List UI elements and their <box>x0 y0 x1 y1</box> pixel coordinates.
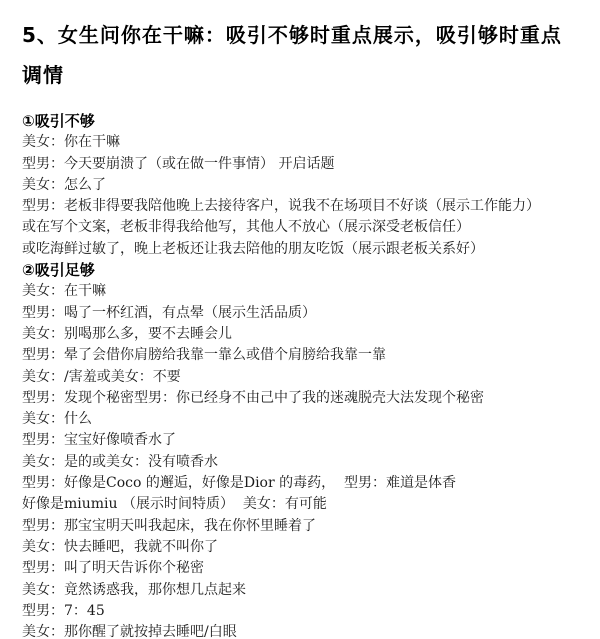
dialog-line: 型男：晕了会借你肩膀给我靠一靠么或借个肩膀给我靠一靠 <box>22 345 582 366</box>
dialog-line: 型男：喝了一杯红酒，有点晕（展示生活品质） <box>22 303 582 324</box>
dialog-line: 型男：老板非得要我陪他晚上去接待客户，说我不在场项目不好谈（展示工作能力） <box>22 196 582 217</box>
dialog-line: 美女：在干嘛 <box>22 281 582 302</box>
dialog-line: 型男：那宝宝明天叫我起床，我在你怀里睡着了 <box>22 516 582 537</box>
section-heading-1: ①吸引不够 <box>22 111 582 132</box>
dialog-line: 美女：竟然诱惑我，那你想几点起来 <box>22 580 582 601</box>
page-title: 5、女生问你在干嘛：吸引不够时重点展示，吸引够时重点调情 <box>22 15 582 95</box>
dialog-line: 或吃海鲜过敏了，晚上老板还让我去陪他的朋友吃饭（展示跟老板关系好） <box>22 239 582 260</box>
dialog-line: 型男：发现个秘密型男：你已经身不由己中了我的迷魂脱壳大法发现个秘密 <box>22 388 582 409</box>
section-attraction-insufficient: ①吸引不够 美女：你在干嘛 型男：今天要崩溃了（或在做一件事情） 开启话题 美女… <box>22 111 582 260</box>
dialog-line: 美女：怎么了 <box>22 175 582 196</box>
dialog-line: 美女：你在干嘛 <box>22 132 582 153</box>
dialog-line: 型男：今天要崩溃了（或在做一件事情） 开启话题 <box>22 154 582 175</box>
section-heading-2: ②吸引足够 <box>22 260 582 281</box>
section-attraction-sufficient: ②吸引足够 美女：在干嘛 型男：喝了一杯红酒，有点晕（展示生活品质） 美女：别喝… <box>22 260 582 639</box>
dialog-line: 美女：是的或美女：没有喷香水 <box>22 452 582 473</box>
dialog-line: 型男：7：45 <box>22 601 582 622</box>
dialog-line: 好像是miumiu （展示时间特质） 美女：有可能 <box>22 494 582 515</box>
dialog-line: 美女：快去睡吧，我就不叫你了 <box>22 537 582 558</box>
document-page: 5、女生问你在干嘛：吸引不够时重点展示，吸引够时重点调情 ①吸引不够 美女：你在… <box>0 0 600 639</box>
dialog-line: 美女：那你醒了就按掉去睡吧/白眼 <box>22 622 582 639</box>
dialog-line: 型男：宝宝好像喷香水了 <box>22 430 582 451</box>
dialog-line: 美女：/害羞或美女：不要 <box>22 367 582 388</box>
dialog-line: 型男：好像是Coco 的邂逅，好像是Dior 的毒药， 型男：难道是体香 <box>22 473 582 494</box>
dialog-line: 或在写个文案，老板非得我给他写，其他人不放心（展示深受老板信任） <box>22 217 582 238</box>
dialog-line: 美女：别喝那么多，要不去睡会儿 <box>22 324 582 345</box>
dialog-line: 美女：什么 <box>22 409 582 430</box>
dialog-line: 型男：叫了明天告诉你个秘密 <box>22 558 582 579</box>
